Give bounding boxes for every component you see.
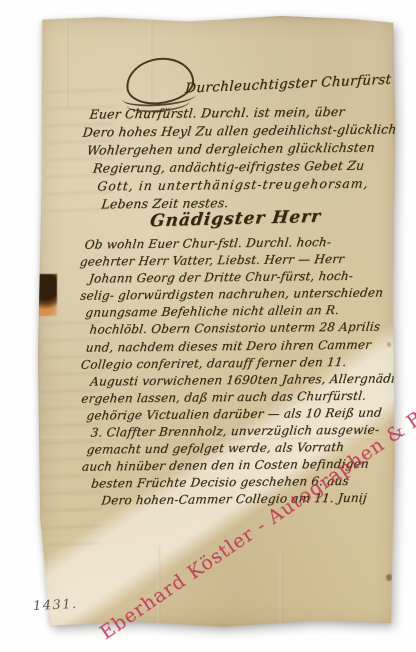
catalog-number-pencil: 1431. (33, 597, 78, 614)
manuscript-sheet-wrap: Durchleuchtigster Churfürst Euer Churfür… (38, 16, 396, 628)
ink-stain (29, 274, 57, 316)
opening-paragraph: Euer Churfürstl. Durchl. ist mein, über … (89, 102, 390, 213)
foxing-speck (386, 574, 392, 581)
address-line: Gnädigster Herr (149, 207, 322, 232)
manuscript-line: Dero hohen-Cammer Collegio am 11. Junij (100, 490, 400, 510)
fold-crease (280, 552, 282, 628)
salutation-line: Durchleuchtigster Churfürst (185, 71, 396, 96)
photo-background: Durchleuchtigster Churfürst Euer Churfür… (0, 0, 416, 652)
manuscript-sheet: Durchleuchtigster Churfürst Euer Churfür… (38, 16, 396, 628)
